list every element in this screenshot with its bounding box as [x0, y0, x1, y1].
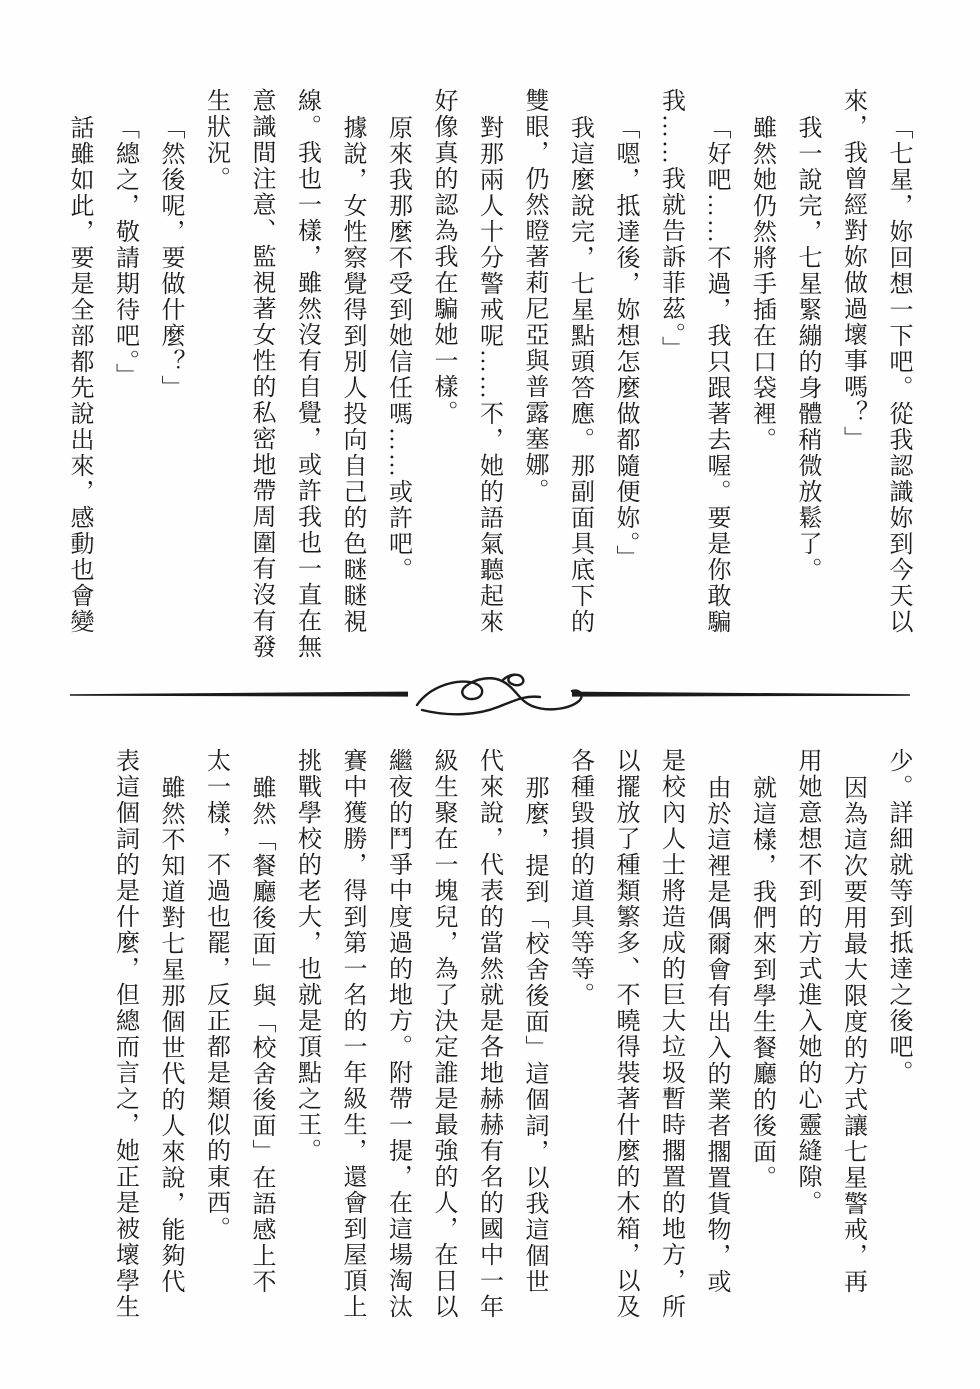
text-line: 好像真的認為我在騙她一樣。	[420, 88, 466, 662]
text-line: 少。詳細就等到抵達之後吧。	[875, 748, 921, 1322]
text-line: 用她意想不到的方式進入她的心靈縫隙。	[784, 748, 830, 1322]
text-line: 由於這裡是偶爾會有出入的業者擱置貨物，或	[693, 748, 739, 1322]
text-line: 話雖如此，要是全部都先說出來，感動也會變	[56, 88, 102, 662]
text-line: 生狀況。	[192, 88, 238, 662]
text-line: 雖然不知道對七星那個世代的人來說，能夠代	[147, 748, 193, 1322]
text-line: 對那兩人十分警戒呢……不，她的語氣聽起來	[465, 88, 511, 662]
text-line: 我一說完，七星緊繃的身體稍微放鬆了。	[784, 88, 830, 662]
text-line: 是校內人士將造成的巨大垃圾暫時擱置的地方，所	[647, 748, 693, 1322]
text-line: 以擺放了種類繁多、不曉得裝著什麼的木箱，以及	[602, 748, 648, 1322]
text-line: 「嗯，抵達後，妳想怎麼做都隨便妳。」	[602, 88, 648, 662]
text-line: 因為這次要用最大限度的方式讓七星警戒，再	[829, 748, 875, 1322]
text-line: 就這樣，我們來到學生餐廳的後面。	[738, 748, 784, 1322]
text-line: 「總之，敬請期待吧。」	[101, 88, 147, 662]
text-line: 代來說，代表的當然就是各地赫赫有名的國中一年	[465, 748, 511, 1322]
text-line: 「然後呢，要做什麼？」	[147, 88, 193, 662]
text-line: 雙眼，仍然瞪著莉尼亞與普露塞娜。	[511, 88, 557, 662]
text-line: 來，我曾經對妳做過壞事嗎？」	[829, 88, 875, 662]
text-line: 賽中獲勝，得到第一名的一年級生，還會到屋頂上	[329, 748, 375, 1322]
text-line: 雖然她仍然將手插在口袋裡。	[738, 88, 784, 662]
text-line: 線。我也一樣，雖然沒有自覺，或許我也一直在無	[283, 88, 329, 662]
text-line: 那麼，提到「校舍後面」這個詞，以我這個世	[511, 748, 557, 1322]
bottom-text-block: 少。詳細就等到抵達之後吧。因為這次要用最大限度的方式讓七星警戒，再用她意想不到的…	[101, 748, 920, 1322]
top-text-block: 「七星，妳回想一下吧。從我認識妳到今天以來，我曾經對妳做過壞事嗎？」我一說完，七…	[56, 88, 921, 662]
text-line: 據說，女性察覺得到別人投向自己的色瞇瞇視	[329, 88, 375, 662]
text-line: 級生聚在一塊兒，為了決定誰是最強的人，在日以	[420, 748, 466, 1322]
text-line: 我這麼說完，七星點頭答應。那副面具底下的	[556, 88, 602, 662]
text-line: 雖然「餐廳後面」與「校舍後面」在語感上不	[238, 748, 284, 1322]
text-line: 「七星，妳回想一下吧。從我認識妳到今天以	[875, 88, 921, 662]
text-line: 意識間注意、監視著女性的私密地帶周圍有沒有發	[238, 88, 284, 662]
text-line: 太一樣，不過也罷，反正都是類似的東西。	[192, 748, 238, 1322]
text-line: 表這個詞的是什麼，但總而言之，她正是被壞學生	[101, 748, 147, 1322]
text-line: 各種毀損的道具等等。	[556, 748, 602, 1322]
calligraphic-divider-icon	[70, 672, 910, 720]
text-line: 繼夜的鬥爭中度過的地方。附帶一提，在這場淘汰	[374, 748, 420, 1322]
section-divider	[70, 672, 910, 720]
novel-page: 「七星，妳回想一下吧。從我認識妳到今天以來，我曾經對妳做過壞事嗎？」我一說完，七…	[0, 0, 980, 1389]
text-line: 我……我就告訴菲茲。」	[647, 88, 693, 662]
text-line: 「好吧……不過，我只跟著去喔。要是你敢騙	[693, 88, 739, 662]
text-line: 挑戰學校的老大，也就是頂點之王。	[283, 748, 329, 1322]
text-line: 原來我那麼不受到她信任嗎……或許吧。	[374, 88, 420, 662]
